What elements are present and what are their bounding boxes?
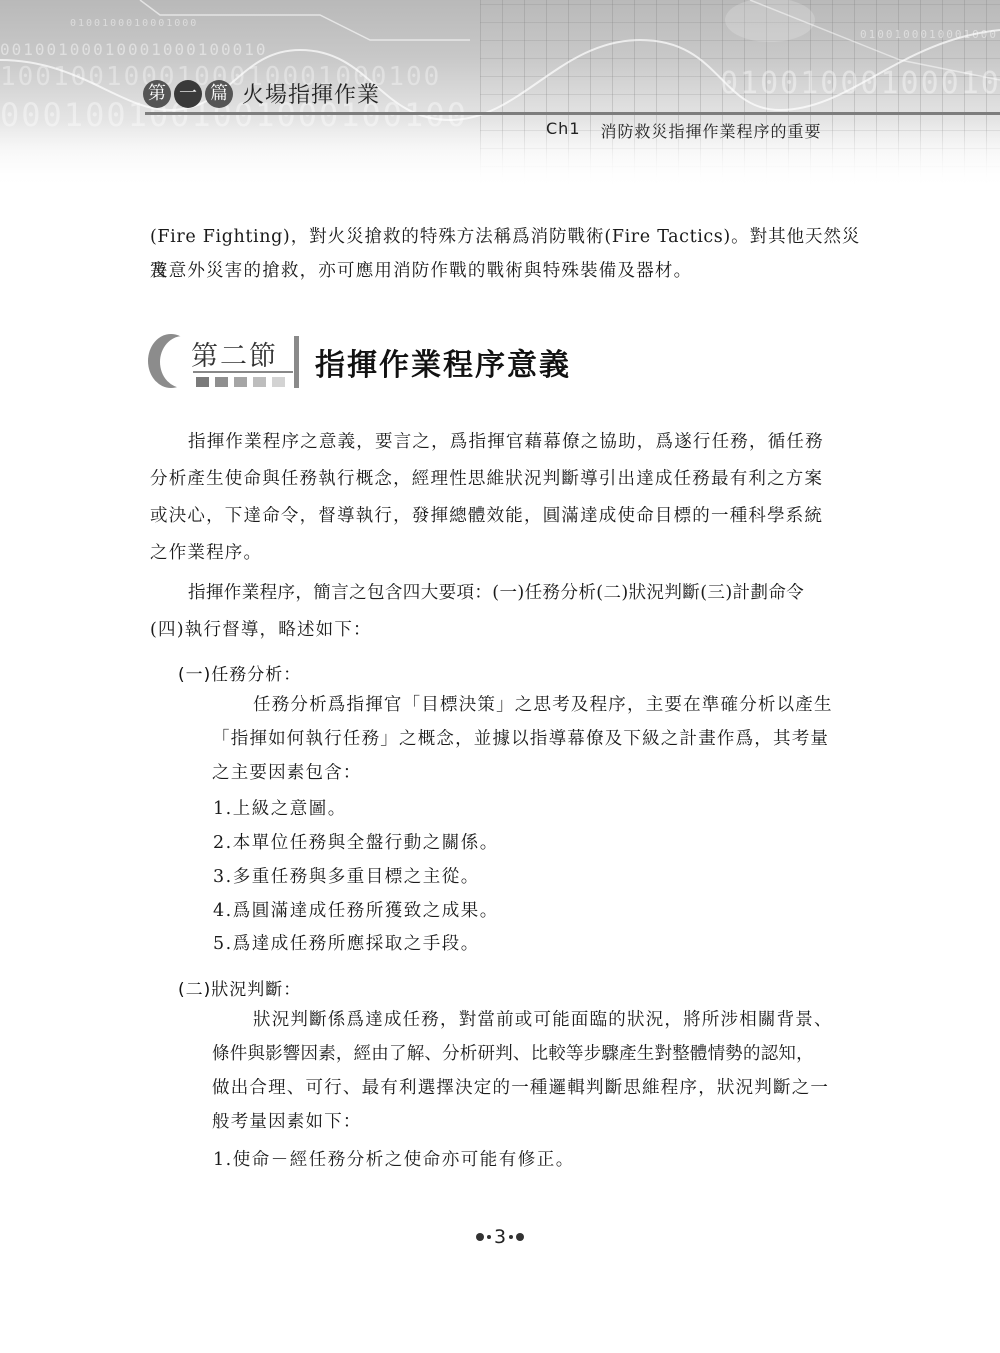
page-number: 3	[476, 1226, 524, 1248]
paragraph-line: 之作業程序。	[150, 536, 262, 570]
subsection-heading: (一)任務分析：	[178, 660, 301, 685]
paragraph-line: 做出合理、可行、最有利選擇決定的一種邏輯判斷思維程序，狀況判斷之一	[212, 1071, 829, 1105]
part-badge-char: 第	[143, 80, 171, 108]
part-name: 火場指揮作業	[242, 78, 380, 109]
header-divider	[145, 112, 1000, 115]
paragraph-line: (四)執行督導，略述如下：	[150, 613, 372, 647]
list-item: 1.上級之意圖。	[213, 797, 347, 821]
chapter-title: 消防救災指揮作業程序的重要	[601, 119, 822, 142]
dot-ornament	[516, 1233, 524, 1241]
paragraph-line: 般考量因素如下：	[212, 1105, 362, 1139]
part-badge-char: 一	[174, 80, 202, 108]
subsection-heading: (二)狀況判斷：	[178, 975, 301, 1000]
paragraph-line: 狀況判斷係爲達成任務，對當前或可能面臨的狀況，將所涉相關背景、	[253, 1003, 833, 1037]
paragraph-line: 之主要因素包含：	[212, 756, 362, 790]
paragraph-line: 分析產生使命與任務執行概念，經理性思維狀況判斷導引出達成任務最有利之方案	[150, 462, 823, 496]
list-item: 1.使命－經任務分析之使命亦可能有修正。	[213, 1148, 575, 1172]
dot-ornament	[487, 1235, 491, 1239]
paragraph-line: 或決心，下達命令，督導執行，發揮總體效能，圓滿達成使命目標的一種科學系統	[150, 499, 823, 533]
dot-ornament	[509, 1235, 513, 1239]
list-item: 3.多重任務與多重目標之主從。	[213, 865, 480, 889]
part-title: 第 一 篇 火場指揮作業	[143, 78, 380, 109]
dot-ornament	[476, 1233, 484, 1241]
section-label: 第二節	[191, 334, 278, 373]
list-item: 2.本單位任務與全盤行動之關係。	[213, 831, 499, 855]
crescent-ornament	[148, 334, 194, 388]
paragraph-line: 任務分析爲指揮官「目標決策」之思考及程序，主要在準確分析以產生	[253, 688, 833, 722]
paragraph-line: 指揮作業程序，簡言之包含四大要項：(一)任務分析(二)狀況判斷(三)計劃命令	[188, 576, 804, 610]
chapter-number: Ch1	[546, 119, 581, 142]
paragraph-line: 「指揮如何執行任務」之概念，並據以指導幕僚及下級之計畫作爲，其考量	[212, 722, 829, 756]
paragraph-line: 條件與影響因素，經由了解、分析研判、比較等步驟產生對整體情勢的認知，	[212, 1037, 814, 1071]
section-title: 指揮作業程序意義	[315, 340, 571, 384]
list-item: 5.爲達成任務所應採取之手段。	[213, 932, 480, 956]
section-vertical-bar	[294, 336, 299, 388]
paragraph-line: 指揮作業程序之意義，要言之，爲指揮官藉幕僚之協助，爲遂行任務，循任務	[188, 425, 824, 459]
section-underline	[193, 371, 293, 373]
section-heading: 第二節 指揮作業程序意義	[148, 332, 608, 390]
section-blocks-ornament	[196, 377, 285, 387]
banner-fade	[0, 120, 1000, 190]
part-badge-char: 篇	[205, 80, 233, 108]
page-number-value: 3	[494, 1226, 506, 1248]
chapter-heading: Ch1 消防救災指揮作業程序的重要	[546, 119, 822, 142]
intro-line: 及意外災害的搶救，亦可應用消防作戰的戰術與特殊裝備及器材。	[150, 254, 692, 288]
list-item: 4.爲圓滿達成任務所獲致之成果。	[213, 899, 499, 923]
